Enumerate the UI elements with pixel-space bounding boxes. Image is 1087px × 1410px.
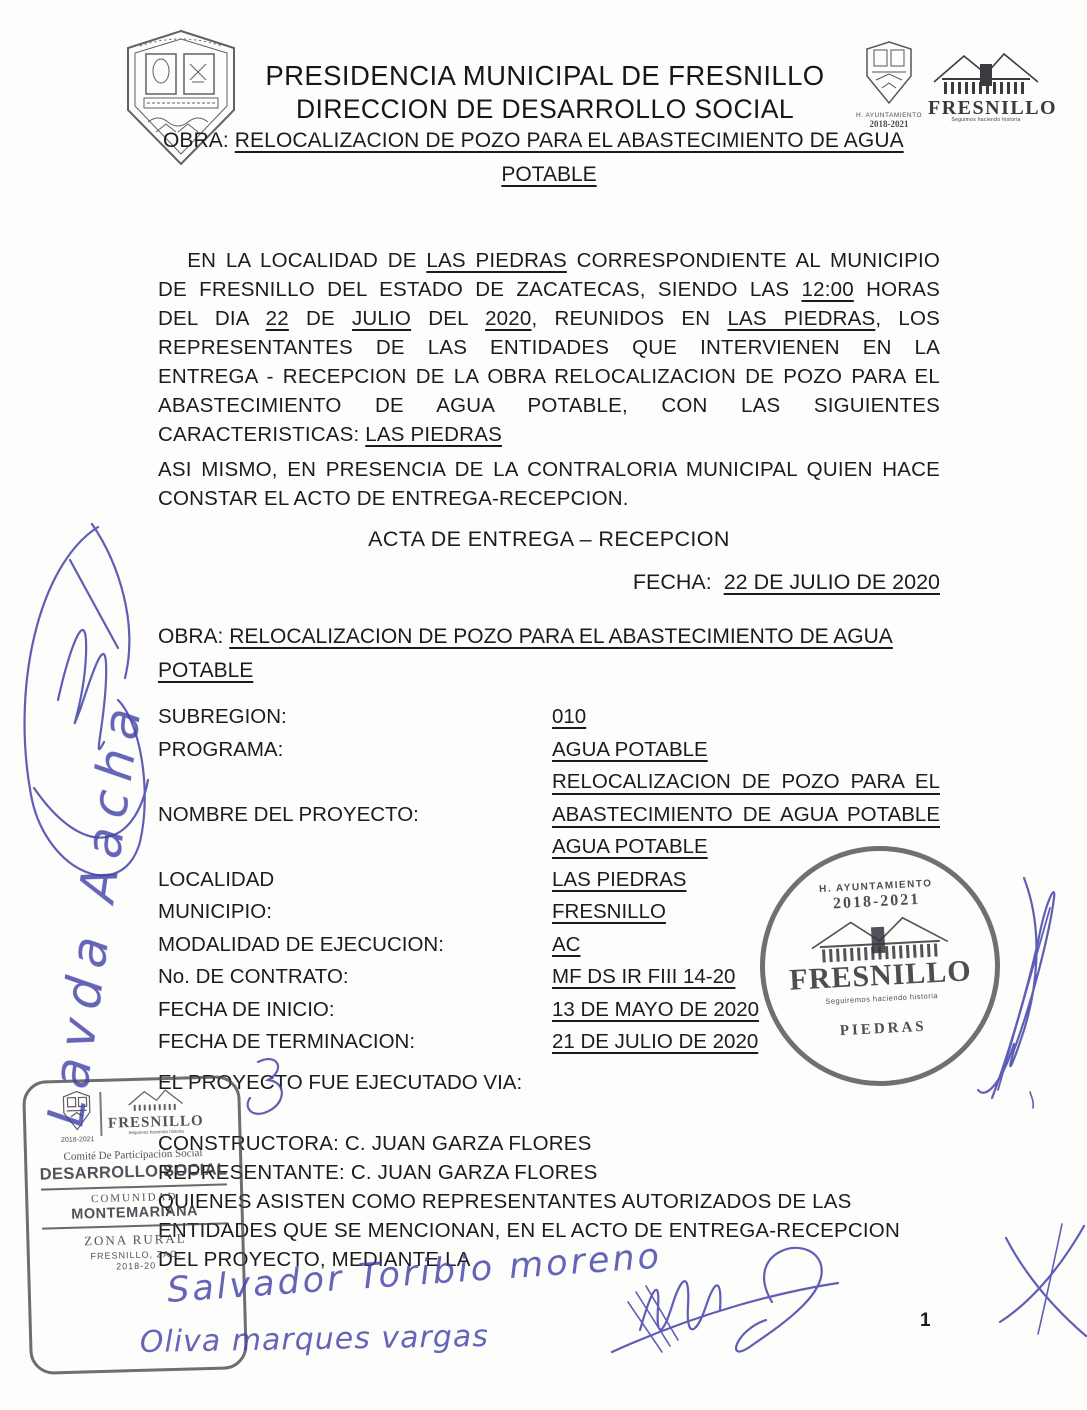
text-line: EN LA LOCALIDAD DE LAS PIEDRAS CORRESPON… [158,246,940,275]
fecha-label: FECHA: [633,570,724,594]
field-value-text: AGUA POTABLE [552,835,708,858]
text-run: HORAS [854,278,940,301]
stamp-shield-years: 2018-2021 [61,1136,95,1144]
text-run: LAS PIEDRAS [365,423,502,446]
text-run: QUIENES ASISTEN COMO REPRESENTANTES AUTO… [158,1190,852,1213]
text-run: LAS PIEDRAS [426,249,567,272]
stamp-department: DESARROLLO SOCIAL [27,1160,239,1185]
obra-section-line1: OBRA: RELOCALIZACION DE POZO PARA EL ABA… [158,620,940,654]
signature-left-cross [70,560,118,648]
text-run: CARACTERISTICAS: [158,423,365,446]
divider [99,1092,102,1136]
stamp-shield: 2018-2021 [60,1090,95,1144]
field-label: FECHA DE INICIO: [158,994,552,1027]
acta-title: ACTA DE ENTREGA – RECEPCION [158,527,940,552]
signature-center-swash [612,1283,838,1352]
field-value-text: LAS PIEDRAS [552,868,686,891]
text-line: DEL DIA 22 DE JULIO DEL 2020, REUNIDOS E… [158,304,940,333]
text-run: 2020 [485,307,531,330]
field-value-text: 21 DE JULIO DE 2020 [552,1030,758,1053]
field-label: NOMBRE DEL PROYECTO: [158,799,552,832]
text-line: DE FRESNILLO DEL ESTADO DE ZACATECAS, SI… [158,275,940,304]
stamp-shield-icon [61,1090,92,1131]
text-line: ENTREGA - RECEPCION DE LA OBRA RELOCALIZ… [158,362,940,391]
fecha-value: 22 DE JULIO DE 2020 [724,570,940,594]
signature-left-scribble [58,630,106,749]
field-values: AGUA POTABLE [552,734,940,767]
stamp-locality: PIEDRAS [768,1015,999,1044]
handwriting-left-vertical: Lavda Aacha [36,695,153,1130]
signature-tall-cross [998,908,1050,1090]
desarrollo-social-stamp: 2018-2021 FRESNILLO Seguimos haciendo hi… [22,1075,248,1375]
page-number: 1 [920,1310,931,1332]
text-line: CONSTAR EL ACTO DE ENTREGA-RECEPCION. [158,484,940,513]
signature-x-stroke1 [1000,1226,1084,1322]
obra-section-line2: POTABLE [158,654,940,688]
obra-header-line1: OBRA: RELOCALIZACION DE POZO PARA EL ABA… [163,129,943,153]
text-run: LAS PIEDRAS [727,307,875,330]
signature-left-oval [25,527,145,875]
page-title: PRESIDENCIA MUNICIPAL DE FRESNILLO [235,60,855,92]
stamp-mini-logo: FRESNILLO Seguimos haciendo historia [107,1087,204,1136]
text-run: JULIO [352,307,411,330]
signature-left-stroke [92,524,129,678]
intro-paragraph: EN LA LOCALIDAD DE LAS PIEDRAS CORRESPON… [158,246,940,449]
text-run: ASI MISMO, EN PRESENCIA DE LA CONTRALORI… [158,458,940,481]
field-value: ABASTECIMIENTO DE AGUA POTABLE [552,799,940,832]
field-value-text: AC [552,933,580,956]
text-run: CORRESPONDIENTE AL MUNICIPIO [567,249,940,272]
mini-building-icon [126,1088,185,1112]
scanned-document-page: PRESIDENCIA MUNICIPAL DE FRESNILLO DIREC… [0,0,1087,1410]
field-row: NOMBRE DEL PROYECTO:RELOCALIZACION DE PO… [158,766,940,864]
field-value-text: FRESNILLO [552,900,666,923]
text-run: REPRESENTANTES DE LAS ENTIDADES QUE INTE… [158,336,940,359]
text-run: DEL [411,307,485,330]
text-line: REPRESENTANTES DE LAS ENTIDADES QUE INTE… [158,333,940,362]
obra-value: RELOCALIZACION DE POZO PARA EL ABASTECIM… [235,129,904,152]
signature-center-hatch [628,1286,678,1352]
field-label: FECHA DE TERMINACION: [158,1026,552,1059]
text-line: ABASTECIMIENTO DE AGUA POTABLE, CON LAS … [158,391,940,420]
signature-tall-tail [978,1044,1014,1093]
field-value-text: 13 DE MAYO DE 2020 [552,998,759,1021]
text-run: CONSTAR EL ACTO DE ENTREGA-RECEPCION. [158,487,629,510]
ayuntamiento-crest: H. AYUNTAMIENTO 2018-2021 [856,40,922,129]
text-line: DEL PROYECTO, MEDIANTE LA [158,1245,940,1274]
field-value-text: 010 [552,705,586,728]
obra-header-line2: POTABLE [158,163,940,187]
page-subtitle: DIRECCION DE DESARROLLO SOCIAL [235,94,855,125]
field-value: RELOCALIZACION DE POZO PARA EL [552,766,940,799]
constructora-paragraph: CONSTRUCTORA: C. JUAN GARZA FLORESREPRES… [158,1129,940,1274]
field-row: PROGRAMA:AGUA POTABLE [158,734,940,767]
signature-x-stroke2 [1006,1238,1086,1336]
text-line: ENTIDADES QUE SE MENCIONAN, EN EL ACTO D… [158,1216,940,1245]
signature-tall-loop [1010,878,1054,1066]
field-value: 010 [552,701,940,734]
text-run: DEL DIA [158,307,266,330]
field-value: AGUA POTABLE [552,734,940,767]
field-label: PROGRAMA: [158,734,552,767]
text-line: REPRESENTANTE: C. JUAN GARZA FLORES [158,1158,940,1187]
stamp-header: 2018-2021 FRESNILLO Seguimos haciendo hi… [25,1086,238,1145]
text-run: DE [289,307,352,330]
ink-tick [1030,1092,1033,1108]
divider [42,1222,229,1229]
text-run: EN LA LOCALIDAD DE [158,249,426,272]
signature-tall-return [992,892,1054,1098]
text-line: CONSTRUCTORA: C. JUAN GARZA FLORES [158,1129,940,1158]
text-run: 22 [266,307,289,330]
text-line: ASI MISMO, EN PRESENCIA DE LA CONTRALORI… [158,455,940,484]
crest-caption: H. AYUNTAMIENTO [856,112,922,119]
field-label: No. DE CONTRATO: [158,961,552,994]
fecha-line: FECHA: 22 DE JULIO DE 2020 [158,570,940,595]
field-value-text: AGUA POTABLE [552,738,708,761]
asi-mismo-paragraph: ASI MISMO, EN PRESENCIA DE LA CONTRALORI… [158,455,940,513]
text-run: ENTREGA - RECEPCION DE LA OBRA RELOCALIZ… [158,365,940,388]
field-row: SUBREGION:010 [158,701,940,734]
mountains-building-icon [930,50,1042,94]
text-run: 12:00 [802,278,854,301]
signature-center-zigzag [640,1281,720,1330]
fresnillo-logo: FRESNILLO Seguimos haciendo historia [928,50,1044,123]
text-run: DE FRESNILLO DEL ESTADO DE ZACATECAS, SI… [158,278,802,301]
field-label: LOCALIDAD [158,864,552,897]
field-label: SUBREGION: [158,701,552,734]
ayuntamiento-shield-icon [864,40,914,106]
logo-wordmark: FRESNILLO [928,99,1044,117]
obra-section: OBRA: RELOCALIZACION DE POZO PARA EL ABA… [158,620,940,688]
field-label: MUNICIPIO: [158,896,552,929]
text-run: , REUNIDOS EN [531,307,727,330]
signature-x-stroke3 [1038,1224,1062,1334]
field-values: 010 [552,701,940,734]
text-line: QUIENES ASISTEN COMO REPRESENTANTES AUTO… [158,1187,940,1216]
field-label: MODALIDAD DE EJECUCION: [158,929,552,962]
mini-logo-wordmark: FRESNILLO [108,1114,204,1131]
text-run: ABASTECIMIENTO DE AGUA POTABLE, CON LAS … [158,394,940,417]
signature-left-underswash [34,780,148,838]
obra-label: OBRA: [163,129,235,152]
text-line: CARACTERISTICAS: LAS PIEDRAS [158,420,940,449]
crest-years: 2018-2021 [856,119,922,129]
text-run: , LOS [875,307,940,330]
text-run: ENTIDADES QUE SE MENCIONAN, EN EL ACTO D… [158,1219,900,1242]
field-value-text: MF DS IR FIII 14-20 [552,965,735,988]
